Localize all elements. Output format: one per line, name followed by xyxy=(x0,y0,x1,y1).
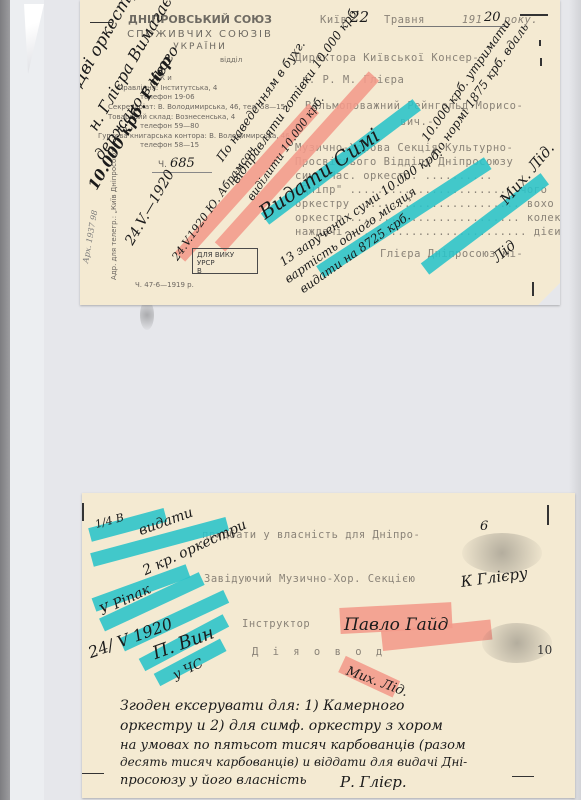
staple-hole xyxy=(539,40,541,46)
stamp-line: В xyxy=(197,267,253,275)
handwritten-right-note: 10.000 крб. утримати xyxy=(419,17,514,144)
handwritten-right-note: по нормі 1875 крб. вдаль xyxy=(429,21,532,159)
closing-signature: Р. Глієр. xyxy=(340,773,407,791)
sleeve-fold xyxy=(24,4,44,74)
staple-hole xyxy=(540,58,542,66)
dilovod-signature: Мих. Лід. xyxy=(344,664,410,700)
handwritten-body-line: оркестру и 2) для симф. оркестру з хором xyxy=(120,718,443,734)
addr-line: телефон 59—80 xyxy=(140,122,199,130)
corner-mark xyxy=(82,773,104,774)
date-month: Травня xyxy=(384,14,425,26)
typed-line: Інструктор xyxy=(242,618,310,630)
addr-line: телефон 58—15 xyxy=(140,141,199,149)
margin-pencil-note: Арх. 1937 98 xyxy=(81,209,99,264)
date-year-prefix: 191 xyxy=(462,14,482,26)
typed-line: п. Р. М. Глієра xyxy=(302,74,404,86)
corner-mark xyxy=(547,505,549,525)
handwritten-body-line: на умовах по пятьсот тисяч карбованців (… xyxy=(120,738,466,753)
circled-number: 6 xyxy=(480,519,488,534)
corner-mark xyxy=(520,14,548,16)
handwritten-body-line: десять тисяч карбованців) и віддати для … xyxy=(120,755,467,769)
outgoing-number: 685 xyxy=(170,156,195,171)
handwritten-body-line: Згоден ексерувати для: 1) Камерного xyxy=(120,698,404,714)
corner-mark xyxy=(512,776,534,777)
handwritten-left-note: у ЧС xyxy=(171,656,206,683)
corner-mark xyxy=(82,503,84,521)
date-underline xyxy=(398,26,508,27)
typed-line: Завідуючий Музично-Хор. Секцією xyxy=(204,573,415,585)
ink-stamp-smudge xyxy=(482,623,552,663)
top-letter: ДНІПРОВСЬКИЙ СОЮЗ СПОЖИВЧИХ СОЮЗІВ УКРАЇ… xyxy=(80,0,560,305)
plastic-sleeve xyxy=(10,0,45,800)
instructor-signature: Павло Гайд xyxy=(344,615,448,635)
registry-stamp: ДЛЯ ВИКУ УРСР В xyxy=(192,248,258,274)
folded-corner xyxy=(538,283,560,305)
bottom-letter: придбати у власність для Дніпро- Завідую… xyxy=(82,493,575,798)
ink-stamp-smudge xyxy=(462,533,542,573)
signature-lid: Лід xyxy=(490,238,519,266)
typed-line: Д і я о в о д xyxy=(252,646,386,658)
stamp-line: ДЛЯ ВИКУ УРСР xyxy=(197,251,253,267)
corner-mark xyxy=(532,282,534,296)
print-code: Ч. 47-6—1919 р. xyxy=(135,281,194,289)
letterhead-dept: відділ xyxy=(220,56,242,64)
handwritten-date: 24.V.—1920 xyxy=(122,167,178,248)
handwritten-body-line: просоюзу у його власність xyxy=(120,773,307,788)
